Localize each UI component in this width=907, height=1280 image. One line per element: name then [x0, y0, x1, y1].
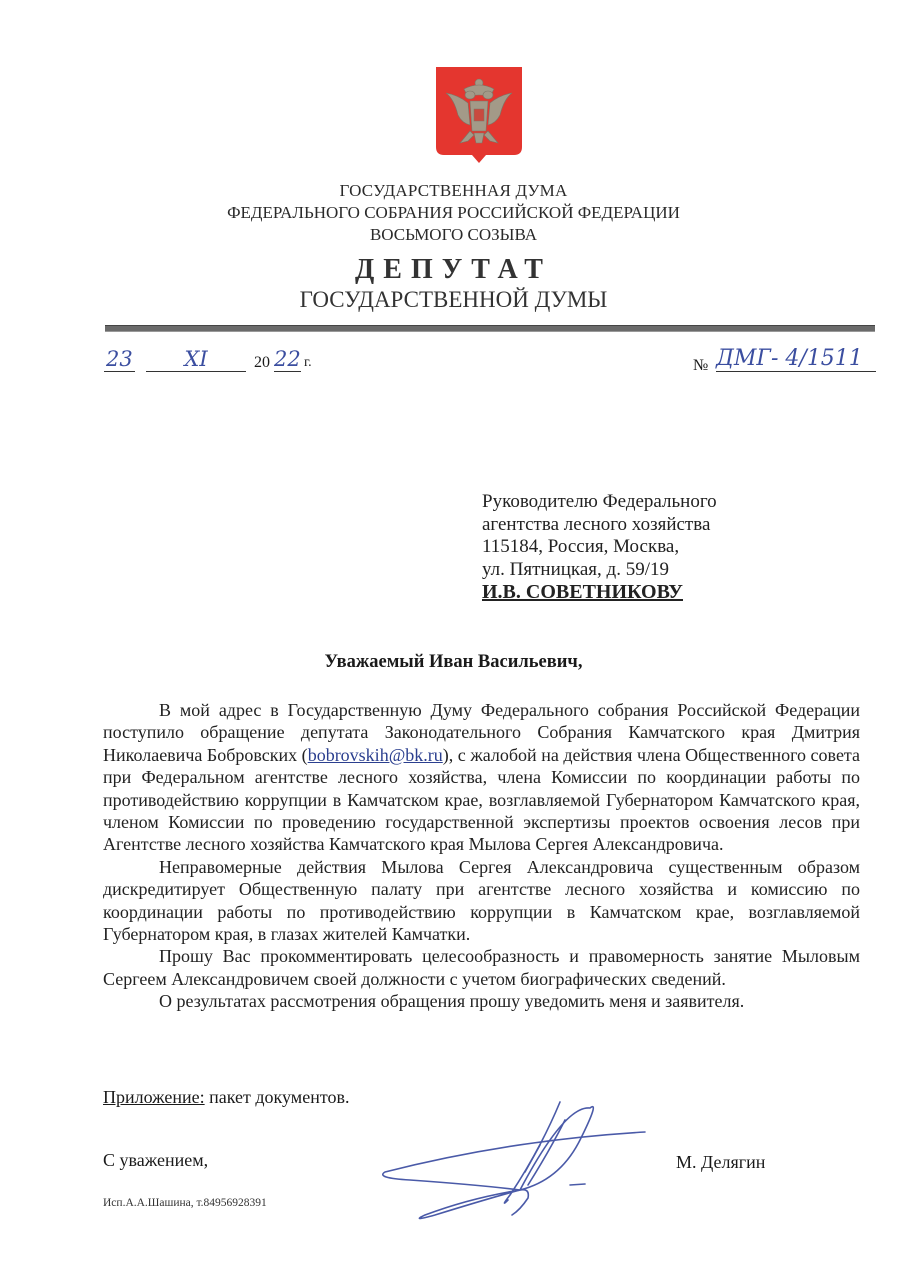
reg-number: ДМГ- 4/1511	[716, 346, 876, 372]
date-day: 23	[104, 347, 135, 372]
letterhead-subtitle: ГОСУДАРСТВЕННОЙ ДУМЫ	[0, 287, 907, 313]
letterhead-line-1: ГОСУДАРСТВЕННАЯ ДУМА	[0, 181, 907, 201]
addressee-name: И.В. СОВЕТНИКОВУ	[482, 581, 717, 604]
addressee-line-1: Руководителю Федерального	[482, 491, 717, 514]
letterhead-line-3: ВОСЬМОГО СОЗЫВА	[0, 225, 907, 245]
attachment-text: пакет документов.	[205, 1087, 350, 1107]
letterhead-line-2: ФЕДЕРАЛЬНОГО СОБРАНИЯ РОССИЙСКОЙ ФЕДЕРАЦ…	[0, 203, 907, 223]
coat-of-arms-icon	[434, 65, 524, 165]
date-month: XI	[146, 347, 246, 372]
letterhead-title: ДЕПУТАТ	[0, 254, 907, 286]
email-link[interactable]: bobrovskih@bk.ru	[308, 745, 443, 765]
body-paragraph-4: О результатах рассмотрения обращения про…	[103, 990, 860, 1012]
date-year-unit: г.	[304, 355, 312, 371]
body-paragraph-2: Неправомерные действия Мылова Сергея Але…	[103, 856, 860, 946]
letter-body: В мой адрес в Государственную Думу Федер…	[103, 699, 860, 1013]
attachment-note: Приложение: пакет документов.	[103, 1087, 349, 1108]
body-paragraph-1: В мой адрес в Государственную Думу Федер…	[103, 699, 860, 856]
salutation: Уважаемый Иван Васильевич,	[0, 652, 907, 673]
attachment-label: Приложение:	[103, 1087, 205, 1107]
closing-regards: С уважением,	[103, 1150, 208, 1171]
signature-icon	[370, 1090, 670, 1220]
addressee-line-2: агентства лесного хозяйства	[482, 514, 717, 537]
addressee-block: Руководителю Федерального агентства лесн…	[482, 491, 717, 604]
reg-number-label: №	[693, 357, 708, 375]
signer-name: М. Делягин	[676, 1152, 765, 1173]
addressee-line-3: 115184, Россия, Москва,	[482, 536, 717, 559]
executor-contact: Исп.А.А.Шашина, т.84956928391	[103, 1197, 267, 1209]
date-year-prefix: 20	[254, 354, 270, 372]
body-paragraph-3: Прошу Вас прокомментировать целесообразн…	[103, 945, 860, 990]
date-year-suffix: 22	[274, 347, 301, 372]
addressee-line-4: ул. Пятницкая, д. 59/19	[482, 559, 717, 582]
header-divider	[105, 325, 875, 332]
